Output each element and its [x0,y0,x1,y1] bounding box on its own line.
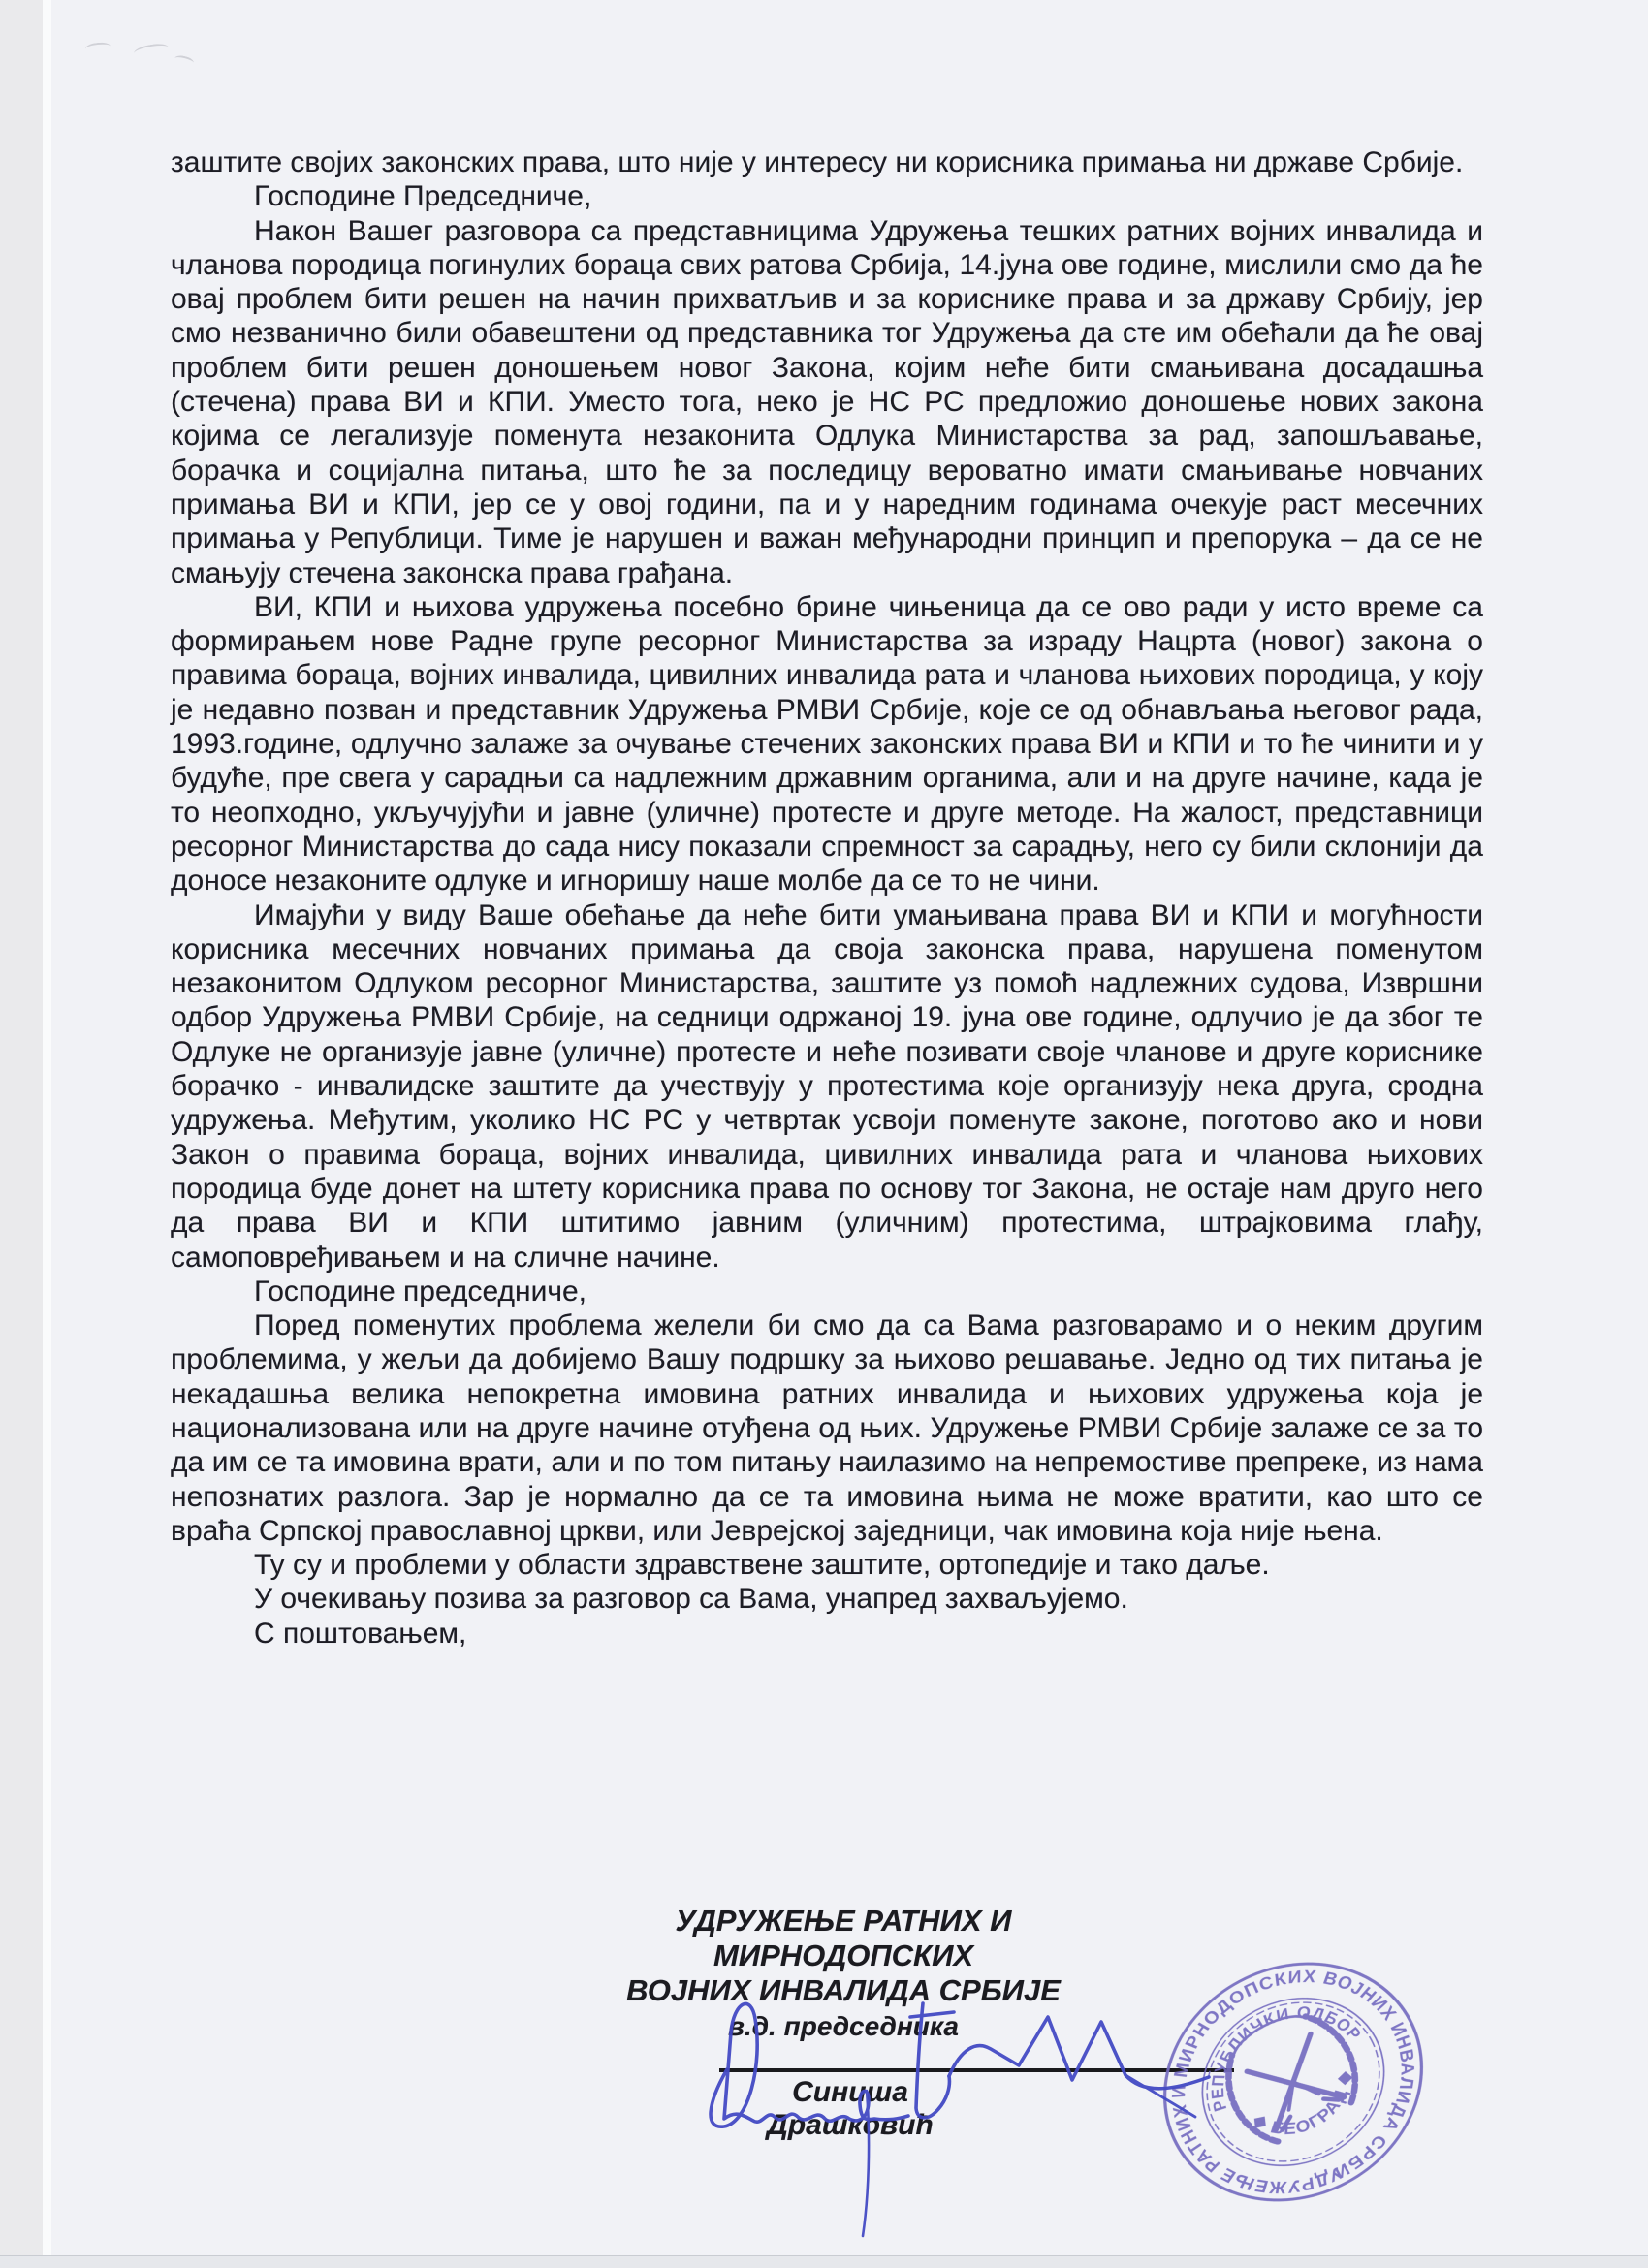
paper-crease-mark [85,42,111,54]
letter-paragraph: У очекивању позива за разговор са Вама, … [171,1582,1483,1616]
letter-paragraph: Господине председниче, [171,1275,1483,1308]
scanned-letter-page: заштите својих законских права, што није… [0,0,1648,2268]
signature-ink [669,1972,1251,2253]
letter-paragraph: Након Вашег разговора са представницима … [171,214,1483,590]
letter-paragraph: Поред поменутих проблема желели би смо д… [171,1308,1483,1548]
letter-paragraph: С поштовањем, [171,1617,1483,1651]
scan-edge-seam [43,0,51,2268]
paper-crease-mark [174,54,195,68]
organization-name-line1: УДРУЖЕЊЕ РАТНИХ И МИРНОДОПСКИХ [572,1904,1115,1973]
letter-paragraph: Ту су и проблеми у области здравствене з… [171,1548,1483,1582]
letter-paragraph: заштите својих законских права, што није… [171,145,1483,179]
paper-crease-mark [133,42,170,59]
letter-paragraph: Имајући у виду Ваше обећање да неће бити… [171,898,1483,1275]
letter-body: заштите својих законских права, што није… [171,145,1483,1651]
scan-bottom-edge [0,2255,1648,2268]
scan-edge-strip [0,0,43,2268]
letter-paragraph: Господине Председниче, [171,179,1483,213]
letter-paragraph: ВИ, КПИ и њихова удружења посебно брине … [171,590,1483,898]
